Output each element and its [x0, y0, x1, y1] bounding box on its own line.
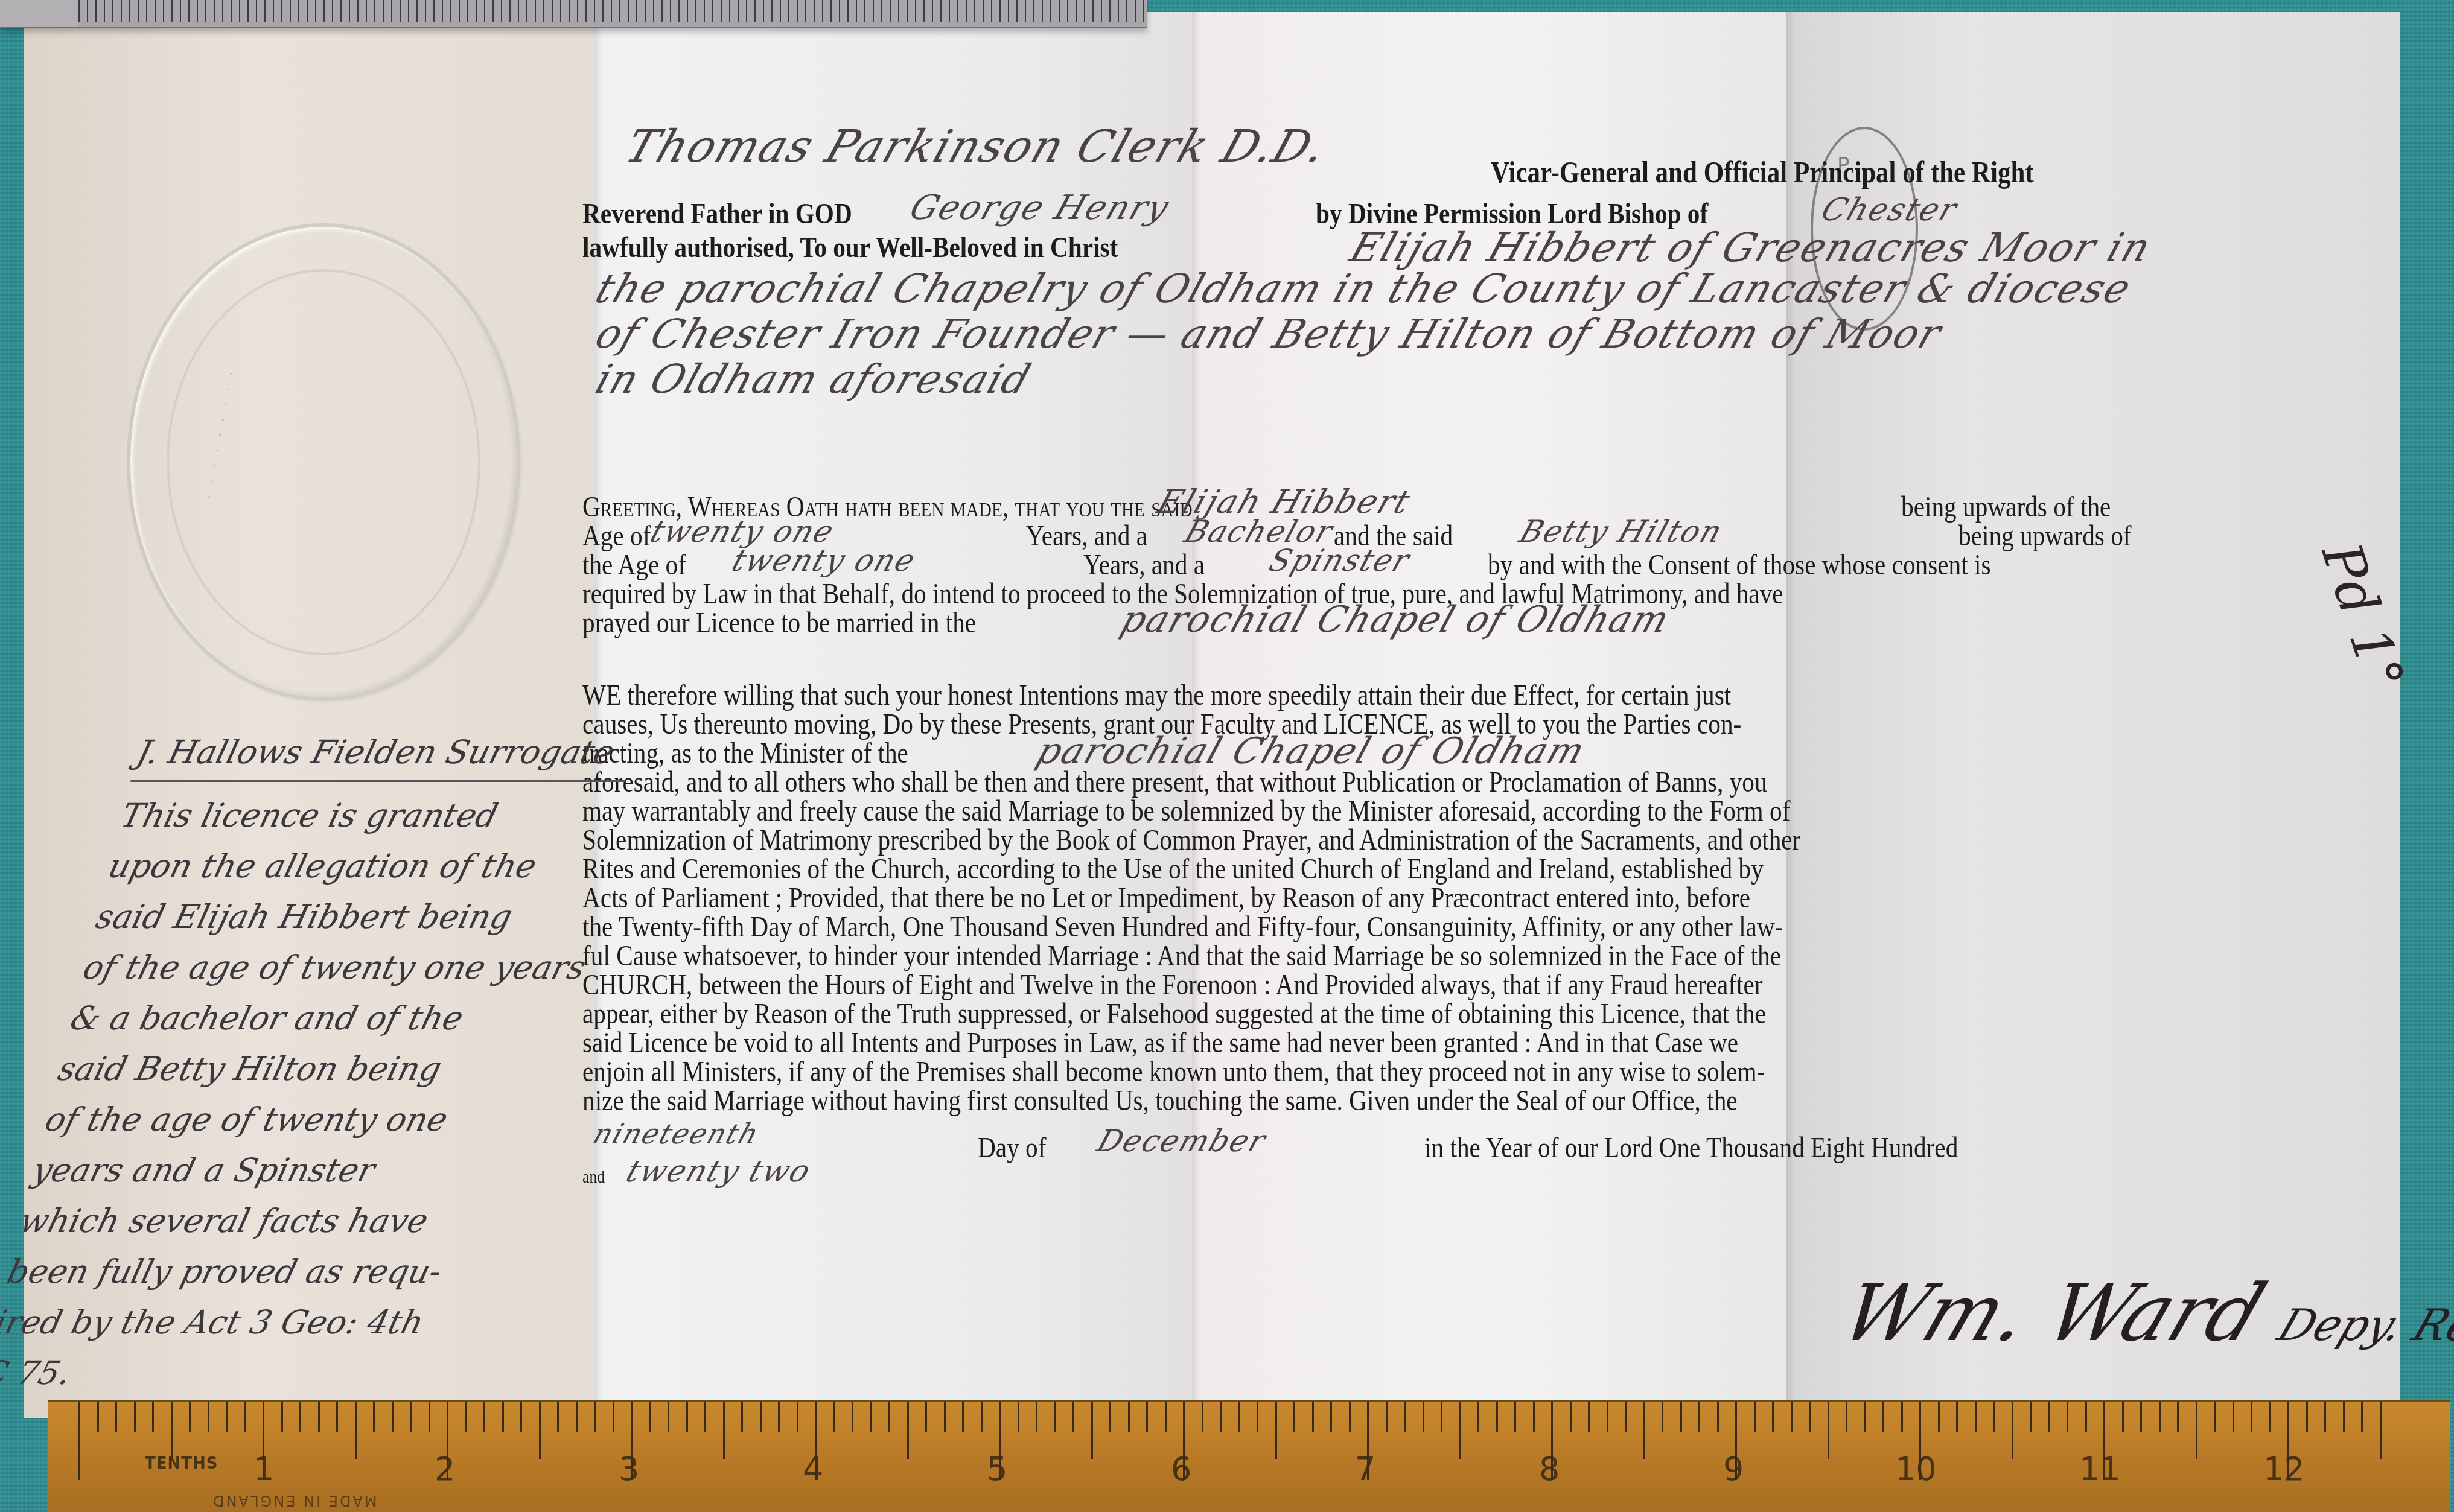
note-line: been fully proved as requ- — [2, 1247, 546, 1297]
ruler-tick — [2177, 1402, 2179, 1432]
ruler-tick — [1386, 1402, 1388, 1432]
ruler-tick — [1938, 1402, 1940, 1432]
ruler-tick — [502, 1402, 504, 1432]
ruler-tick — [1238, 1402, 1240, 1432]
ruler-tick — [981, 1402, 983, 1432]
ruler-tick — [594, 1402, 596, 1432]
ruler-tick — [870, 1402, 872, 1432]
ruler-tick — [1919, 1402, 1921, 1480]
ruler-tick — [1183, 1402, 1185, 1480]
ruler-tick — [2306, 1402, 2308, 1432]
ruler-tick — [2233, 1402, 2234, 1432]
bride-status: Spinster — [1265, 543, 1415, 578]
ruler-tick — [944, 1402, 946, 1432]
ruler-tick — [2214, 1402, 2216, 1432]
note-line: & a bachelor and of the — [65, 993, 609, 1044]
ruler-tick — [483, 1402, 485, 1432]
ruler-tick — [336, 1402, 338, 1432]
embossed-seal-icon: · · · · · · · · · — [127, 223, 520, 701]
ruler-tick — [576, 1402, 578, 1432]
addressee-line-2: the parochial Chapelry of Oldham in the … — [590, 265, 2137, 312]
header-line-1: Vicar-General and Official Principal of … — [1491, 158, 2034, 186]
ruler-number: 4 — [803, 1450, 823, 1488]
ruler-tick — [189, 1402, 191, 1432]
ruler-tick — [1791, 1402, 1793, 1432]
ruler-tick — [1109, 1402, 1111, 1432]
greeting-line-2d: being upwards of — [1958, 523, 2132, 550]
note-line: ired by the Act 3 Geo: 4th — [0, 1297, 533, 1348]
ruler-number: 5 — [987, 1450, 1007, 1488]
ruler-number: 6 — [1171, 1450, 1191, 1488]
ruler-tick — [999, 1402, 1001, 1480]
ruler-tick — [1275, 1402, 1277, 1459]
ruler-tick — [888, 1402, 890, 1432]
marriage-place: parochial Chapel of Oldham — [1116, 599, 1675, 641]
ruler-tick — [1367, 1402, 1369, 1480]
ruler-tick — [962, 1402, 964, 1432]
ruler-tick — [815, 1402, 817, 1480]
ruler-tick — [299, 1402, 301, 1432]
addressee-line-1: Elijah Hibbert of Greenacres Moor in — [1344, 224, 2157, 271]
note-line: years and a Spinster — [27, 1145, 571, 1196]
header-line-2a: Reverend Father in GOD — [582, 200, 852, 228]
ruler-tick — [1477, 1402, 1479, 1432]
ruler-tick — [2085, 1402, 2087, 1432]
ruler-tick — [1975, 1402, 1977, 1432]
surrogate-name: J. Hallows Fielden Surrogate — [132, 727, 675, 778]
bride-age: twenty one — [728, 543, 921, 578]
ruler-tick — [134, 1402, 136, 1432]
ruler-tick — [1091, 1402, 1093, 1459]
note-line: This licence is granted — [116, 790, 660, 841]
ruler-tick — [97, 1402, 99, 1432]
ruler-tick — [1330, 1402, 1332, 1432]
ruler-tick — [2140, 1402, 2142, 1432]
note-line: said Elijah Hibbert being — [91, 892, 634, 942]
ruler-number: 8 — [1539, 1450, 1560, 1488]
body-line-7: Rites and Ceremonies of the Church, acco… — [582, 856, 1764, 883]
greeting-line-3a: the Age of — [582, 551, 686, 579]
ruler-tick — [1036, 1402, 1037, 1432]
note-line: C 75. — [0, 1348, 520, 1399]
ruler-tick — [2287, 1402, 2289, 1480]
see-name: Chester — [1817, 192, 1962, 228]
body-line-14: enjoin all Ministers, if any of the Prem… — [582, 1058, 1765, 1086]
ruler-tick — [2048, 1402, 2050, 1432]
ruler-tick — [1514, 1402, 1516, 1432]
ruler-tick — [1698, 1402, 1700, 1432]
bride-name: Betty Hilton — [1515, 514, 1728, 549]
header-line-3: lawfully authorised, To our Well-Beloved… — [582, 234, 1118, 262]
ruler-tick — [1312, 1402, 1314, 1432]
signature-title: Depy. Reg. — [2271, 1300, 2454, 1350]
ruler-tick — [2324, 1402, 2326, 1432]
ruler-tick — [1956, 1402, 1958, 1432]
ruler-number: 11 — [2079, 1450, 2121, 1488]
body-line-9: the Twenty-fifth Day of March, One Thous… — [582, 913, 1783, 941]
date-day-of: Day of — [978, 1134, 1046, 1162]
ruler-tick — [1643, 1402, 1645, 1459]
date-month: December — [1093, 1123, 1271, 1158]
ruler-tick — [539, 1402, 541, 1459]
ruler-tick — [392, 1402, 394, 1432]
date-year-and: and — [582, 1163, 605, 1191]
ruler-tick — [1128, 1402, 1130, 1432]
ruler-tick — [1202, 1402, 1203, 1432]
ruler-tick — [1570, 1402, 1572, 1432]
ruler-tick — [447, 1402, 448, 1480]
ruler-tick — [1146, 1402, 1148, 1432]
ruler-tick — [704, 1402, 706, 1432]
ruler-tick — [2343, 1402, 2345, 1432]
ruler-tick — [465, 1402, 467, 1432]
ruler-tick — [907, 1402, 909, 1459]
ruler-tick — [613, 1402, 614, 1432]
note-line: upon the allegation of the — [103, 841, 647, 892]
ruler-tick — [355, 1402, 357, 1459]
ruler-tick — [649, 1402, 651, 1432]
body-line-8: Acts of Parliament ; Provided, that ther… — [582, 885, 1750, 912]
body-line-11: CHURCH, between the Hours of Eight and T… — [582, 971, 1763, 999]
ruler-tick — [115, 1402, 117, 1432]
ruler-tick — [1404, 1402, 1406, 1432]
note-line: of the age of twenty one years — [78, 942, 622, 993]
ruler-tick — [1735, 1402, 1737, 1480]
ruler-tick — [1809, 1402, 1811, 1432]
ruler-tick — [1054, 1402, 1056, 1432]
wooden-ruler: TENTHS MADE IN ENGLAND 1 2 3 4 5 6 7 8 9… — [48, 1400, 2450, 1512]
ruler-tick — [152, 1402, 154, 1432]
ruler-tick — [1441, 1402, 1442, 1432]
ruler-tick — [723, 1402, 725, 1459]
body-line-6: Solemnization of Matrimony prescribed by… — [582, 827, 1800, 854]
ruler-number: 12 — [2263, 1450, 2305, 1488]
ruler-tick — [244, 1402, 246, 1432]
ruler-tick — [2196, 1402, 2197, 1459]
ruler-tick — [1588, 1402, 1590, 1432]
ruler-number: 2 — [435, 1450, 455, 1488]
ruler-tick — [1293, 1402, 1295, 1432]
ruler-tick — [1423, 1402, 1424, 1432]
note-line: which several facts have — [14, 1196, 558, 1247]
ruler-tick — [1754, 1402, 1756, 1432]
ruler-tick — [2251, 1402, 2252, 1432]
ruler-tick — [1072, 1402, 1074, 1432]
minister-place: parochial Chapel of Oldham — [1031, 730, 1591, 772]
ruler-tenths-label: TENTHS — [145, 1455, 218, 1473]
ruler-tick — [1662, 1402, 1663, 1432]
ruler-tick — [78, 1402, 80, 1480]
addressee-line-3: of Chester Iron Founder — and Betty Hilt… — [590, 311, 1948, 357]
ruler-tick — [2122, 1402, 2124, 1432]
ruler-tick — [263, 1402, 264, 1480]
ruler-tick — [925, 1402, 927, 1432]
greeting-line-3c: by and with the Consent of those whose c… — [1488, 551, 1991, 579]
ruler-tick — [1533, 1402, 1535, 1432]
greeting-line-3b: Years, and a — [1083, 551, 1205, 579]
date-day: nineteenth — [589, 1117, 763, 1150]
ruler-tick — [1607, 1402, 1608, 1432]
ruler-tick — [1901, 1402, 1903, 1432]
ruler-tick — [1459, 1402, 1461, 1459]
registrar-signature: Wm. Ward Depy. Reg. — [1830, 1267, 2454, 1359]
ruler-tick — [1717, 1402, 1719, 1432]
ruler-tick — [1993, 1402, 1995, 1432]
body-line-10: ful Cause whatsoever, to hinder your int… — [582, 942, 1781, 970]
ruler-tick — [2067, 1402, 2068, 1432]
ruler-tick — [2012, 1402, 2013, 1459]
ruler-tick — [2103, 1402, 2105, 1480]
ruler-number: 3 — [619, 1450, 639, 1488]
note-line: said Betty Hilton being — [53, 1044, 596, 1094]
body-line-4: aforesaid, and to all others who shall b… — [582, 769, 1767, 796]
bishop-name: George Henry — [905, 188, 1174, 227]
date-year-print: in the Year of our Lord One Thousand Eig… — [1424, 1134, 1958, 1162]
ruler-tick — [1551, 1402, 1553, 1480]
ruler-tick — [833, 1402, 835, 1432]
ruler-tick — [2159, 1402, 2161, 1432]
ruler-tick — [520, 1402, 522, 1432]
ruler-tick — [1882, 1402, 1884, 1432]
ruler-tick — [741, 1402, 743, 1432]
ruler-tick — [429, 1402, 430, 1432]
ruler-tick — [2361, 1402, 2363, 1432]
ruler-tick — [1220, 1402, 1222, 1432]
body-line-5: may warrantably and freely cause the sai… — [582, 798, 1790, 825]
body-line-15: nize the said Marriage without having fi… — [582, 1087, 1738, 1115]
body-line-1: WE therefore willing that such your hone… — [582, 682, 1731, 710]
ruler-tick — [318, 1402, 320, 1432]
ruler-tick — [373, 1402, 375, 1432]
ruler-tick — [1864, 1402, 1866, 1432]
ruler-tick — [1349, 1402, 1351, 1432]
issuer-name: Thomas Parkinson Clerk D.D. — [619, 121, 1333, 173]
ruler-tick — [1846, 1402, 1847, 1432]
body-line-12: appear, either by Reason of the Truth su… — [582, 1000, 1766, 1028]
ruler-tick — [208, 1402, 209, 1432]
ruler-tick — [2269, 1402, 2271, 1432]
scale-strip-end — [0, 0, 78, 27]
ruler-tick — [2030, 1402, 2032, 1432]
ruler-tick — [1496, 1402, 1498, 1432]
ruler-tick — [686, 1402, 688, 1432]
greeting-line-5: prayed our Licence to be married in the — [582, 609, 976, 637]
divider — [130, 780, 626, 782]
ruler-tick — [1828, 1402, 1829, 1459]
ruler-tick — [668, 1402, 669, 1432]
ruler-maker-mark: MADE IN ENGLAND — [211, 1492, 377, 1509]
ruler-tick — [1772, 1402, 1774, 1432]
greeting-line-1b: being upwards of the — [1901, 494, 2111, 521]
ruler-number: 10 — [1895, 1450, 1937, 1488]
ruler-tick — [557, 1402, 559, 1432]
ruler-tick — [852, 1402, 853, 1432]
ruler-tick — [778, 1402, 780, 1432]
ruler-tick — [2380, 1402, 2382, 1459]
ruler-tick — [1625, 1402, 1627, 1432]
ruler-tick — [171, 1402, 173, 1459]
ruler-tick — [760, 1402, 762, 1432]
signature-name: Wm. Ward — [1830, 1267, 2277, 1359]
addressee-line-4: in Oldham aforesaid — [590, 356, 1037, 402]
ruler-tick — [281, 1402, 283, 1432]
ruler-tick — [226, 1402, 228, 1432]
ruler-number: 7 — [1355, 1450, 1375, 1488]
ruler-tick — [410, 1402, 412, 1432]
ruler-tick — [1257, 1402, 1258, 1432]
ruler-tick — [797, 1402, 798, 1432]
date-year: twenty two — [622, 1154, 816, 1189]
ruler-tick — [1165, 1402, 1167, 1432]
note-line: of the age of twenty one — [40, 1094, 584, 1145]
grey-scale-strip — [0, 0, 1147, 28]
ruler-tick — [631, 1402, 633, 1480]
ruler-tick — [1680, 1402, 1682, 1432]
ruler-tick — [1018, 1402, 1019, 1432]
ruler-number: 9 — [1723, 1450, 1744, 1488]
fold-crease — [1786, 12, 1795, 1418]
greeting-line-2b: Years, and a — [1026, 523, 1147, 550]
greeting-line-2a: Age of — [582, 523, 651, 550]
body-line-13: said Licence be void to all Intents and … — [582, 1029, 1738, 1057]
seal-legend: · · · · · · · · · — [202, 367, 240, 501]
